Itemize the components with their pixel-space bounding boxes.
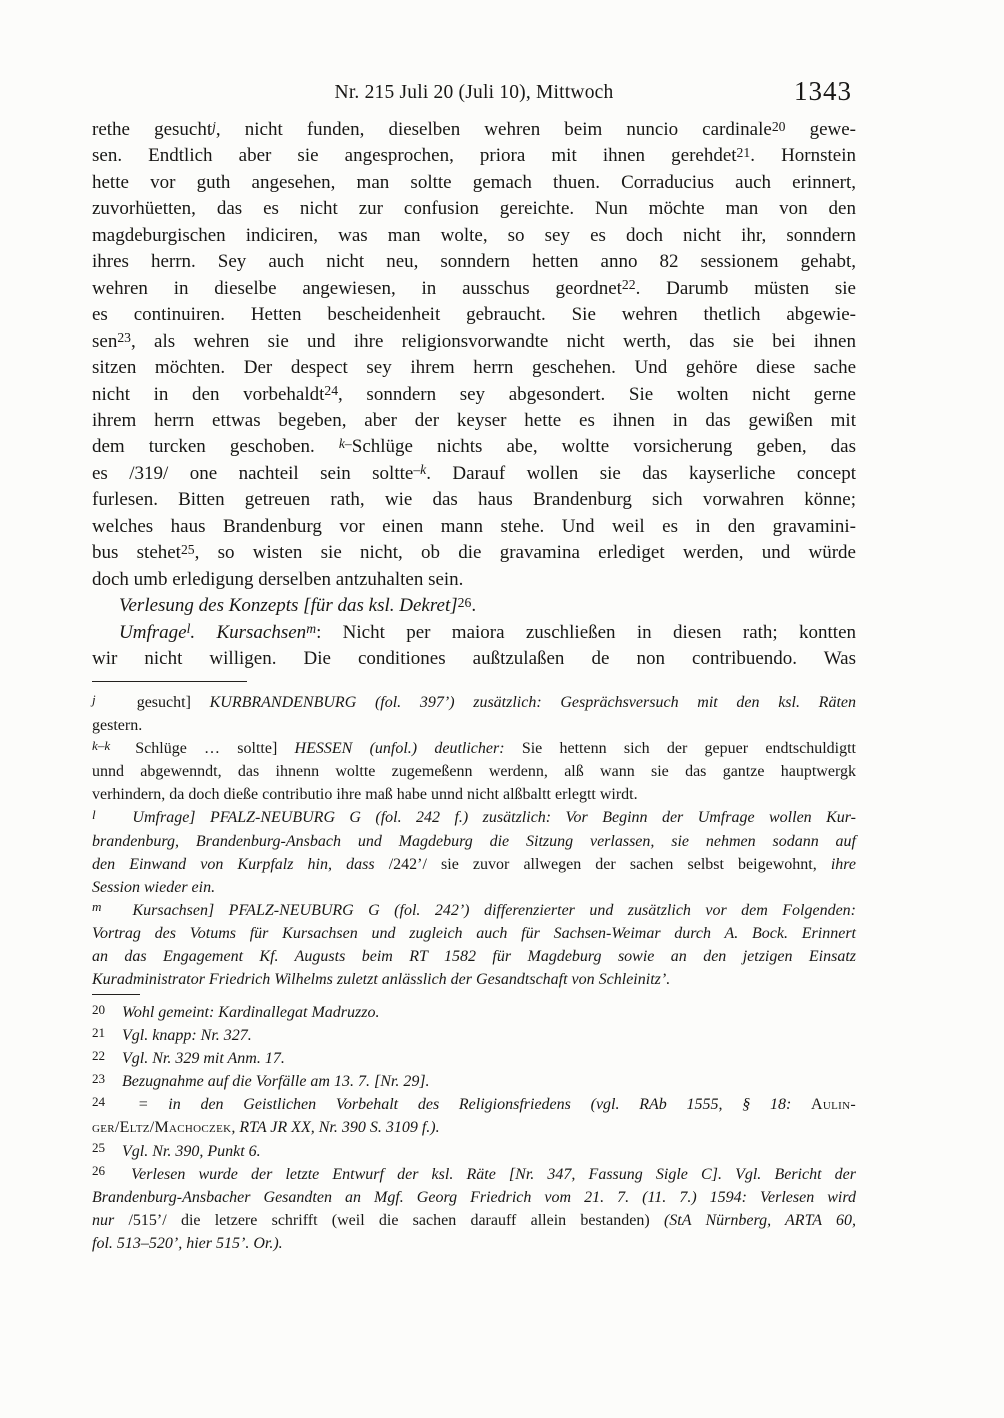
text-segment: Kuradministrator Friedrich Wilhelms zule… [92,971,670,988]
text-segment: Brandenburg-Ansbacher Gesandten an Mgf. … [92,1189,856,1206]
text-line: ihres herrn. Sey auch nicht neu, sonnder… [92,249,856,275]
text-line: rethe gesuchtj, nicht funden, dieselben … [92,117,856,143]
footnote-marker: 20 [772,119,786,134]
text-segment: es continuiren. Hetten bescheidenheit ge… [92,304,856,325]
text-line: unnd abgewenndt, das ihnenn woltte zugem… [92,760,856,783]
text-line: sen23, als wehren sie und ihre religions… [92,329,856,355]
text-segment: , als wehren sie und ihre religionsvorwa… [131,331,856,352]
text-segment: Vgl. Nr. 390, Punkt 6. [118,1143,261,1160]
text-line: den Einwand von Kurpfalz hin, dass /242’… [92,853,856,876]
text-segment: Aulin- [811,1096,856,1113]
text-line: Umfragel. Kursachsenm: Nicht per maiora … [92,620,856,646]
text-segment: welches haus Brandenburg vor einen mann … [92,516,856,537]
text-segment: Schlüge nichts abe, woltte vorsicherung … [352,436,856,457]
text-segment: wehren in dieselbe angewiesen, in aussch… [92,278,622,299]
text-line: es /319/ one nachteil sein soltte–k. Dar… [92,461,856,487]
text-segment: : Nicht per maiora zuschließen in diesen… [316,622,856,643]
text-line: doch umb erledigung derselben antzuhalte… [92,567,856,593]
text-line: sen. Endtlich aber sie angesprochen, pri… [92,143,856,169]
text-segment: ihre [831,856,856,873]
text-segment: doch umb erledigung derselben antzuhalte… [92,569,463,590]
running-head: Nr. 215 Juli 20 (Juli 10), Mittwoch [92,82,856,104]
text-segment: rethe gesucht [92,119,212,140]
text-line: 25 Vgl. Nr. 390, Punkt 6. [92,1140,856,1163]
text-segment: es /319/ one nachteil sein soltte [92,463,413,484]
commentary-footnotes: 20 Wohl gemeint: Kardinallegat Madruzzo.… [92,1001,856,1255]
text-segment: , nicht funden, dieselben wehren beim nu… [216,119,772,140]
text-segment: fol. 513–520’, hier 515’. Or.). [92,1235,283,1252]
text-segment: den Einwand von Kurpfalz hin, dass [92,856,389,873]
text-line: j gesucht] KURBRANDENBURG (fol. 397’) zu… [92,691,856,714]
text-segment: Umfrage] PFALZ-NEUBURG G (fol. 242 f.) z… [118,809,856,826]
footnote-marker: m [306,621,316,636]
text-segment: , sonndern sey abgesondert. Sie wolten n… [338,384,856,405]
text-segment: Bezugnahme auf die Vorfälle am 13. 7. [N… [118,1073,430,1090]
text-segment: bus stehet [92,542,181,563]
text-segment: KURBRANDENBURG (fol. 397’) zusätzlich: G… [210,694,856,711]
footnote-marker: 22 [622,277,636,292]
text-segment: an das Engagement Kf. Augusts beim RT 15… [92,948,856,965]
text-segment: Verlesen wurde der letzte Entwurf der ks… [118,1166,856,1183]
text-line: es continuiren. Hetten bescheidenheit ge… [92,302,856,328]
page-number: 1343 [794,76,852,107]
text-segment: Kursachsen] PFALZ-NEUBURG G (fol. 242’) … [118,902,856,919]
footnote-marker: 23 [117,330,131,345]
text-line: nicht in den vorbehaldt24, sonndern sey … [92,382,856,408]
text-segment: sen. Endtlich aber sie angesprochen, pri… [92,145,737,166]
text-line: bus stehet25, so wisten sie nicht, ob di… [92,540,856,566]
footnote-marker: 24 [324,383,338,398]
text-segment: Wohl gemeint: Kardinallegat Madruzzo. [118,1004,379,1021]
footnote-marker: l [187,621,191,636]
text-segment: magdeburgischen indiciren, was man wolte… [92,225,856,246]
text-segment: Sie hettenn sich der gepuer endtschuldig… [505,740,856,757]
page-header: Nr. 215 Juli 20 (Juli 10), Mittwoch 1343 [92,76,856,110]
text-segment: . [471,595,476,616]
text-line: k–k Schlüge … soltte] HESSEN (unfol.) de… [92,737,856,760]
text-segment: Vgl. Nr. 329 mit Anm. 17. [118,1050,285,1067]
text-line: fol. 513–520’, hier 515’. Or.). [92,1232,856,1255]
text-line: furlesen. Bitten getreuen rath, wie das … [92,487,856,513]
text-line: brandenburg, Brandenburg-Ansbach und Mag… [92,830,856,853]
text-segment: Vgl. knapp: Nr. 327. [118,1027,252,1044]
text-segment: verhindern, da doch dieße contributio ih… [92,786,638,803]
text-line: verhindern, da doch dieße contributio ih… [92,783,856,806]
text-segment: nicht in den vorbehaldt [92,384,324,405]
text-line: Verlesung des Konzepts [für das ksl. Dek… [92,593,856,619]
text-line: ihrem herrn ettwas begeben, aber der key… [92,408,856,434]
text-segment: /515’/ die letzere schrifft (weil die sa… [128,1212,663,1229]
text-segment: Session wieder ein. [92,879,215,896]
text-line: gestern. [92,714,856,737]
text-line: Vortrag des Votums für Kursachsen und zu… [92,922,856,945]
text-segment: ihrem herrn ettwas begeben, aber der key… [92,410,856,431]
text-segment: gestern. [92,717,142,734]
text-line: 22 Vgl. Nr. 329 mit Anm. 17. [92,1047,856,1070]
text-line: an das Engagement Kf. Augusts beim RT 15… [92,945,856,968]
text-segment: sitzen möchten. Der despect sey ihrem he… [92,357,856,378]
text-segment: , so wisten sie nicht, ob die gravamina … [195,542,856,563]
book-page: Nr. 215 Juli 20 (Juli 10), Mittwoch 1343… [0,0,1004,1418]
text-line: Session wieder ein. [92,876,856,899]
text-segment: Umfrage [119,622,187,643]
footnote-marker: k– [339,436,352,451]
text-line: 21 Vgl. knapp: Nr. 327. [92,1024,856,1047]
footnote-marker: 25 [181,542,195,557]
text-segment: zuvorhüetten, das es nicht zur confusion… [92,198,856,219]
text-segment: Vortrag des Votums für Kursachsen und zu… [92,925,856,942]
text-segment: wir nicht willigen. Die conditiones außt… [92,648,856,669]
text-line: l Umfrage] PFALZ-NEUBURG G (fol. 242 f.)… [92,806,856,829]
footnote-marker: j [212,119,216,134]
text-line: sitzen möchten. Der despect sey ihrem he… [92,355,856,381]
text-line: nur /515’/ die letzere schrifft (weil di… [92,1209,856,1232]
text-segment: ger/Eltz/Machoczek [92,1119,231,1136]
main-text: rethe gesuchtj, nicht funden, dieselben … [92,117,856,673]
text-line: welches haus Brandenburg vor einen mann … [92,514,856,540]
text-line: ger/Eltz/Machoczek, RTA JR XX, Nr. 390 S… [92,1116,856,1139]
text-line: wir nicht willigen. Die conditiones außt… [92,646,856,672]
text-segment: furlesen. Bitten getreuen rath, wie das … [92,489,856,510]
footnote-marker: –k [413,462,426,477]
text-segment: Schlüge … soltte] [118,740,295,757]
text-segment: /242’/ sie zuvor allwegen der sachen sel… [389,856,831,873]
text-line: magdeburgischen indiciren, was man wolte… [92,223,856,249]
text-line: 20 Wohl gemeint: Kardinallegat Madruzzo. [92,1001,856,1024]
text-line: hette vor guth angesehen, man soltte gem… [92,170,856,196]
text-line: 26 Verlesen wurde der letzte Entwurf der… [92,1163,856,1186]
text-segment: unnd abgewenndt, das ihnenn woltte zugem… [92,763,856,780]
text-line: dem turcken geschoben. k–Schlüge nichts … [92,434,856,460]
text-segment: HESSEN (unfol.) deutlicher: [295,740,505,757]
text-segment: = in den Geistlichen Vorbehalt des Relig… [118,1096,811,1113]
apparatus-separator-rule [92,681,247,682]
text-line: Kuradministrator Friedrich Wilhelms zule… [92,968,856,991]
footnote-separator-rule [92,994,140,995]
text-segment: dem turcken geschoben. [92,436,339,457]
text-segment: gesucht] [118,694,210,711]
text-segment: brandenburg, Brandenburg-Ansbach und Mag… [92,833,856,850]
text-segment: ihres herrn. Sey auch nicht neu, sonnder… [92,251,856,272]
text-segment: gewe- [785,119,856,140]
text-segment: . Hornstein [750,145,856,166]
text-segment: hette vor guth angesehen, man soltte gem… [92,172,856,193]
footnote-marker: 21 [737,145,751,160]
text-segment: sen [92,331,117,352]
text-line: m Kursachsen] PFALZ-NEUBURG G (fol. 242’… [92,899,856,922]
text-segment: . Darauf wollen sie das kayserliche conc… [426,463,856,484]
text-segment: . Darumb müsten sie [636,278,856,299]
text-segment: . Kursachsen [190,622,306,643]
text-line: 24 = in den Geistlichen Vorbehalt des Re… [92,1093,856,1116]
text-line: zuvorhüetten, das es nicht zur confusion… [92,196,856,222]
text-line: Brandenburg-Ansbacher Gesandten an Mgf. … [92,1186,856,1209]
text-segment: (StA Nürnberg, ARTA 60, [664,1212,856,1229]
text-segment: Verlesung des Konzepts [für das ksl. Dek… [119,595,458,616]
text-segment: nur [92,1212,128,1229]
text-segment: , RTA JR XX, Nr. 390 S. 3109 f.). [231,1119,439,1136]
footnote-marker: 26 [458,595,472,610]
critical-apparatus: j gesucht] KURBRANDENBURG (fol. 397’) zu… [92,691,856,991]
text-line: wehren in dieselbe angewiesen, in aussch… [92,276,856,302]
text-line: 23 Bezugnahme auf die Vorfälle am 13. 7.… [92,1070,856,1093]
